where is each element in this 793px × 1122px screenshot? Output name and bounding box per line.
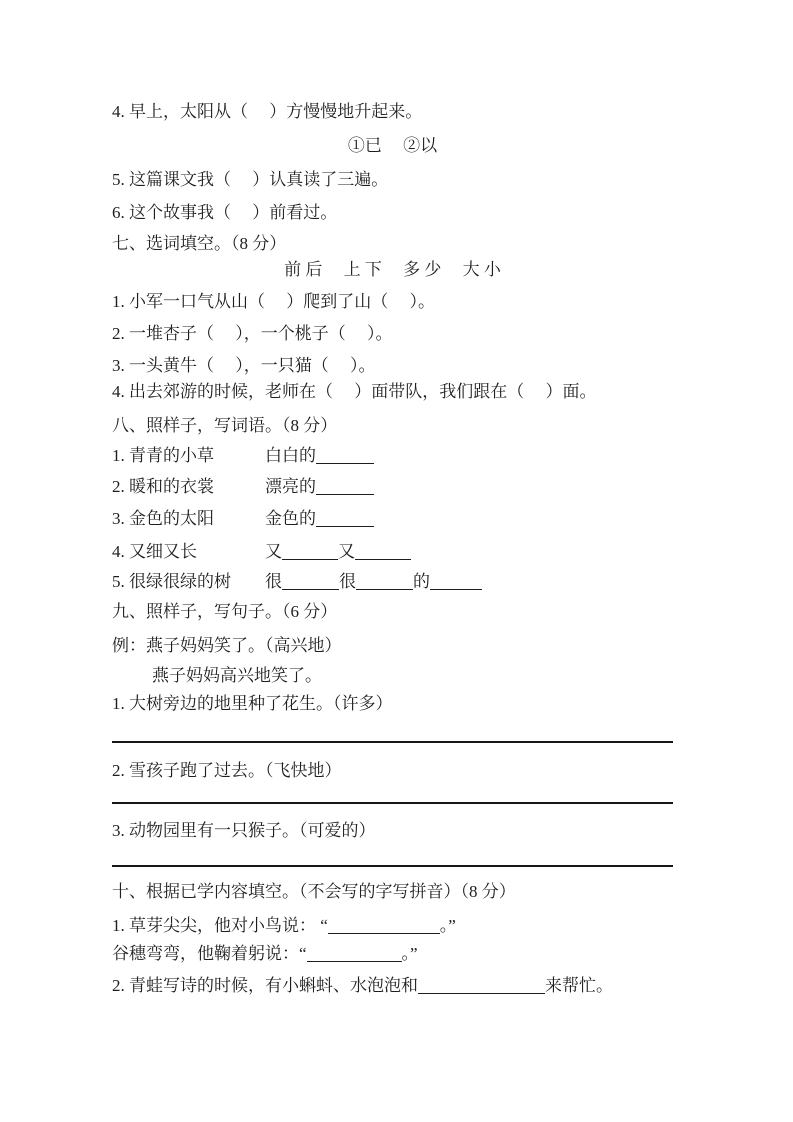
question-8-2: 2. 暖和的衣裳漂亮的 bbox=[112, 476, 374, 498]
phrase-part: 又 bbox=[338, 542, 355, 561]
question-9-1: 1. 大树旁边的地里种了花生。（许多） bbox=[112, 693, 393, 715]
phrase-left: 2. 暖和的衣裳 bbox=[112, 476, 265, 498]
phrase-left: 1. 青青的小草 bbox=[112, 445, 265, 467]
phrase-part: 又 bbox=[265, 542, 282, 561]
question-6-6: 6. 这个故事我（ ）前看过。 bbox=[112, 202, 337, 224]
question-8-1: 1. 青青的小草白白的 bbox=[112, 445, 374, 467]
sentence-post: 来帮忙。 bbox=[545, 976, 613, 995]
question-6-4: 4. 早上，太阳从（ ）方慢慢地升起来。 bbox=[112, 101, 422, 123]
example-label: 例：燕子妈妈笑了。（高兴地） bbox=[112, 635, 342, 657]
question-8-5: 5. 很绿很绿的树很很的 bbox=[112, 571, 482, 593]
question-9-3: 3. 动物园里有一只猴子。（可爱的） bbox=[112, 820, 376, 842]
example-answer: 燕子妈妈高兴地笑了。 bbox=[152, 665, 322, 687]
answer-rule-2 bbox=[112, 802, 673, 804]
answer-blank bbox=[316, 512, 374, 527]
answer-blank bbox=[316, 449, 374, 464]
sentence-post: 。” bbox=[402, 944, 418, 963]
phrase-part: 很 bbox=[265, 572, 282, 591]
question-7-4: 4. 出去郊游的时候，老师在（ ）面带队，我们跟在（ ）面。 bbox=[112, 381, 597, 403]
question-7-2: 2. 一堆杏子（ ），一个桃子（ ）。 bbox=[112, 323, 393, 345]
question-7-1: 1. 小军一口气从山（ ）爬到了山（ ）。 bbox=[112, 291, 435, 313]
section-8-heading: 八、照样子，写词语。（8 分） bbox=[112, 415, 337, 437]
answer-blank bbox=[316, 480, 374, 495]
question-8-4: 4. 又细又长又又 bbox=[112, 541, 411, 563]
option-line-yi: ①已 ②以 bbox=[112, 135, 673, 157]
answer-blank bbox=[356, 575, 413, 590]
question-8-3: 3. 金色的太阳金色的 bbox=[112, 508, 374, 530]
answer-blank bbox=[418, 979, 545, 994]
question-9-2: 2. 雪孩子跑了过去。（飞快地） bbox=[112, 760, 342, 782]
sentence-pre: 谷穗弯弯，他鞠着躬说：“ bbox=[112, 944, 307, 963]
question-10-1a: 1. 草芽尖尖，他对小鸟说： “。” bbox=[112, 915, 456, 937]
answer-blank bbox=[282, 575, 339, 590]
section-7-heading: 七、选词填空。（8 分） bbox=[112, 233, 286, 255]
phrase-right: 金色的 bbox=[265, 509, 316, 528]
sentence-post: 。” bbox=[440, 916, 456, 935]
sentence-pre: 1. 草芽尖尖，他对小鸟说： “ bbox=[112, 916, 328, 935]
phrase-part: 的 bbox=[413, 572, 430, 591]
answer-blank bbox=[282, 545, 338, 560]
answer-blank bbox=[430, 575, 482, 590]
answer-blank bbox=[328, 919, 440, 934]
phrase-part: 很 bbox=[339, 572, 356, 591]
question-6-5: 5. 这篇课文我（ ）认真读了三遍。 bbox=[112, 169, 388, 191]
answer-blank bbox=[307, 947, 402, 962]
section-10-heading: 十、根据已学内容填空。（不会写的字写拼音）（8 分） bbox=[112, 881, 516, 903]
question-10-2: 2. 青蛙写诗的时候，有小蝌蚪、水泡泡和来帮忙。 bbox=[112, 975, 613, 997]
section-9-heading: 九、照样子，写句子。（6 分） bbox=[112, 601, 337, 623]
phrase-left: 5. 很绿很绿的树 bbox=[112, 571, 265, 593]
phrase-right: 漂亮的 bbox=[265, 477, 316, 496]
phrase-left: 3. 金色的太阳 bbox=[112, 508, 265, 530]
answer-blank bbox=[355, 545, 411, 560]
word-bank: 前 后 上 下 多 少 大 小 bbox=[112, 259, 673, 281]
answer-rule-1 bbox=[112, 741, 673, 743]
question-7-3: 3. 一头黄牛（ ），一只猫（ ）。 bbox=[112, 355, 376, 377]
answer-rule-3 bbox=[112, 865, 673, 867]
phrase-right: 白白的 bbox=[265, 446, 316, 465]
question-10-1b: 谷穗弯弯，他鞠着躬说：“。” bbox=[112, 943, 418, 965]
document-page: 4. 早上，太阳从（ ）方慢慢地升起来。 ①已 ②以 5. 这篇课文我（ ）认真… bbox=[0, 0, 793, 1122]
sentence-pre: 2. 青蛙写诗的时候，有小蝌蚪、水泡泡和 bbox=[112, 976, 418, 995]
phrase-left: 4. 又细又长 bbox=[112, 541, 265, 563]
